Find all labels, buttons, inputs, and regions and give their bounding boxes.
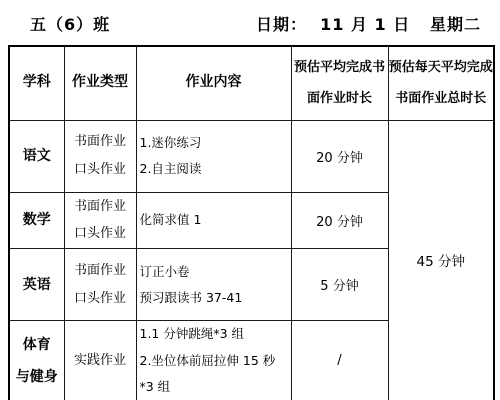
subject-cell: 数学 xyxy=(9,192,64,249)
homework-time-cell: / xyxy=(291,321,388,400)
homework-type-cell: 实践作业 xyxy=(64,321,136,400)
class-name-label: 五（6）班 xyxy=(30,12,110,35)
header-homework-type: 作业类型 xyxy=(64,46,136,120)
homework-table: 学科 作业类型 作业内容 预估平均完成书 面作业时长 预估每天平均完成 书面作业… xyxy=(8,45,495,400)
homework-time-cell: 5 分钟 xyxy=(291,249,388,321)
homework-type-cell: 书面作业 口头作业 xyxy=(64,192,136,249)
homework-time-cell: 20 分钟 xyxy=(291,192,388,249)
header-estimated-daily-total-time: 预估每天平均完成 书面作业总时长 xyxy=(388,46,494,120)
header-estimated-written-time: 预估平均完成书 面作业时长 xyxy=(291,46,388,120)
homework-content-cell: 化简求值 1 xyxy=(136,192,291,249)
homework-time-cell: 20 分钟 xyxy=(291,120,388,192)
subject-cell: 语文 xyxy=(9,120,64,192)
homework-type-cell: 书面作业 口头作业 xyxy=(64,120,136,192)
homework-content-cell: 1.迷你练习 2.自主阅读 xyxy=(136,120,291,192)
table-row-chinese: 语文 书面作业 口头作业 1.迷你练习 2.自主阅读 20 分钟 45 分钟 xyxy=(9,120,494,192)
table-header-row: 学科 作业类型 作业内容 预估平均完成书 面作业时长 预估每天平均完成 书面作业… xyxy=(9,46,494,120)
homework-content-cell: 订正小卷 预习跟读书 37-41 xyxy=(136,249,291,321)
daily-total-time-cell: 45 分钟 xyxy=(388,120,494,400)
header-homework-content: 作业内容 xyxy=(136,46,291,120)
subject-cell: 体育 与健身 xyxy=(9,321,64,400)
subject-cell: 英语 xyxy=(9,249,64,321)
homework-type-cell: 书面作业 口头作业 xyxy=(64,249,136,321)
header-subject: 学科 xyxy=(9,46,64,120)
homework-sheet: 五（6）班 日期： 11 月 1 日 星期二 学科 作业类型 作业内容 预估平均… xyxy=(0,0,500,400)
homework-content-cell: 1.1 分钟跳绳*3 组 2.坐位体前屈拉伸 15 秒*3 组 xyxy=(136,321,291,400)
date-label: 日期： 11 月 1 日 星期二 xyxy=(256,12,481,35)
